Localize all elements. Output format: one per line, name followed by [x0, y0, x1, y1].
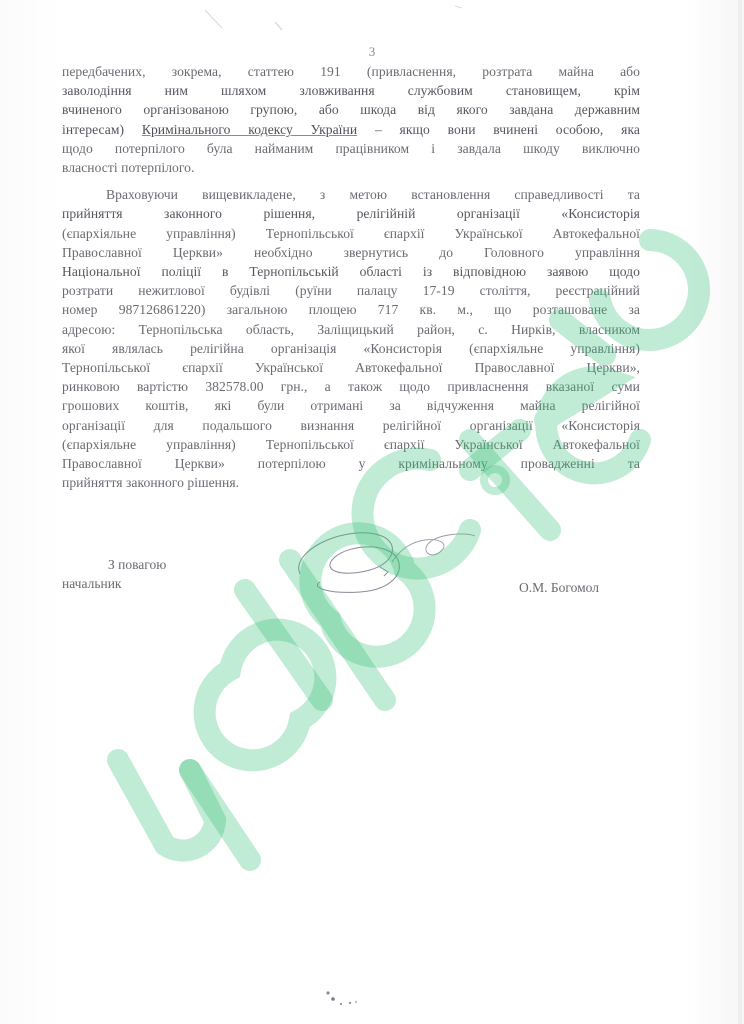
paragraph-criminal-code: передбачених, зокрема, статтею 191 (прив…: [62, 62, 640, 177]
text-line: прийняття законного рішення.: [62, 473, 640, 492]
text-fragment: інтересам): [62, 122, 124, 137]
text-line: Враховуючи вищевикладене, з метою встано…: [62, 185, 640, 204]
signer-name: О.М. Богомол: [519, 580, 599, 596]
page-number: 3: [0, 44, 744, 60]
text-line: якої являлась релігійна організація «Кон…: [62, 339, 640, 358]
text-line: ринковою вартістю 382578.00 грн., а тако…: [62, 377, 640, 396]
text-line: вчиненого організованою групою, або шкод…: [62, 100, 640, 119]
text-line: (єпархіяльне управління) Тернопільської …: [62, 435, 640, 454]
text-line: організації для подальшого визнання релі…: [62, 416, 640, 435]
text-fragment: – якщо вони вчинені особою, яка: [375, 122, 640, 137]
text-line: номер 987126861220) загальною площею 717…: [62, 300, 640, 319]
document-body: передбачених, зокрема, статтею 191 (прив…: [62, 62, 640, 492]
text-line: розтрати нежитлової будівлі (руїни палац…: [62, 281, 640, 300]
text-line: заволодіння ним шляхом зловживання служб…: [62, 81, 640, 100]
text-line: адресою: Тернопільська область, Заліщиць…: [62, 320, 640, 339]
text-line: Православної Церкви» потерпілою у кримін…: [62, 454, 640, 473]
paragraph-conclusion: Враховуючи вищевикладене, з метою встано…: [62, 185, 640, 492]
text-line: щодо потерпілого була найманим працівник…: [62, 139, 640, 158]
text-line: прийняття законного рішення, релігійній …: [62, 204, 640, 223]
text-line: грошових коштів, які були отримані за ві…: [62, 396, 640, 415]
text-line: Тернопільської єпархії Української Авток…: [62, 358, 640, 377]
criminal-code-link[interactable]: Кримінального кодексу України: [142, 122, 357, 137]
text-line: власності потерпілого.: [62, 158, 640, 177]
text-line: інтересам) Кримінального кодексу України…: [62, 120, 640, 139]
text-line: (єпархіяльне управління) Тернопільської …: [62, 224, 640, 243]
document-page: 3 передбачених, зокрема, статтею 191 (пр…: [0, 0, 744, 1024]
text-line: Православної Церкви» необхідно звернутис…: [62, 243, 640, 262]
signature-icon: [280, 512, 480, 602]
text-line: Національної поліції в Тернопільській об…: [62, 262, 640, 281]
text-line: передбачених, зокрема, статтею 191 (прив…: [62, 62, 640, 81]
